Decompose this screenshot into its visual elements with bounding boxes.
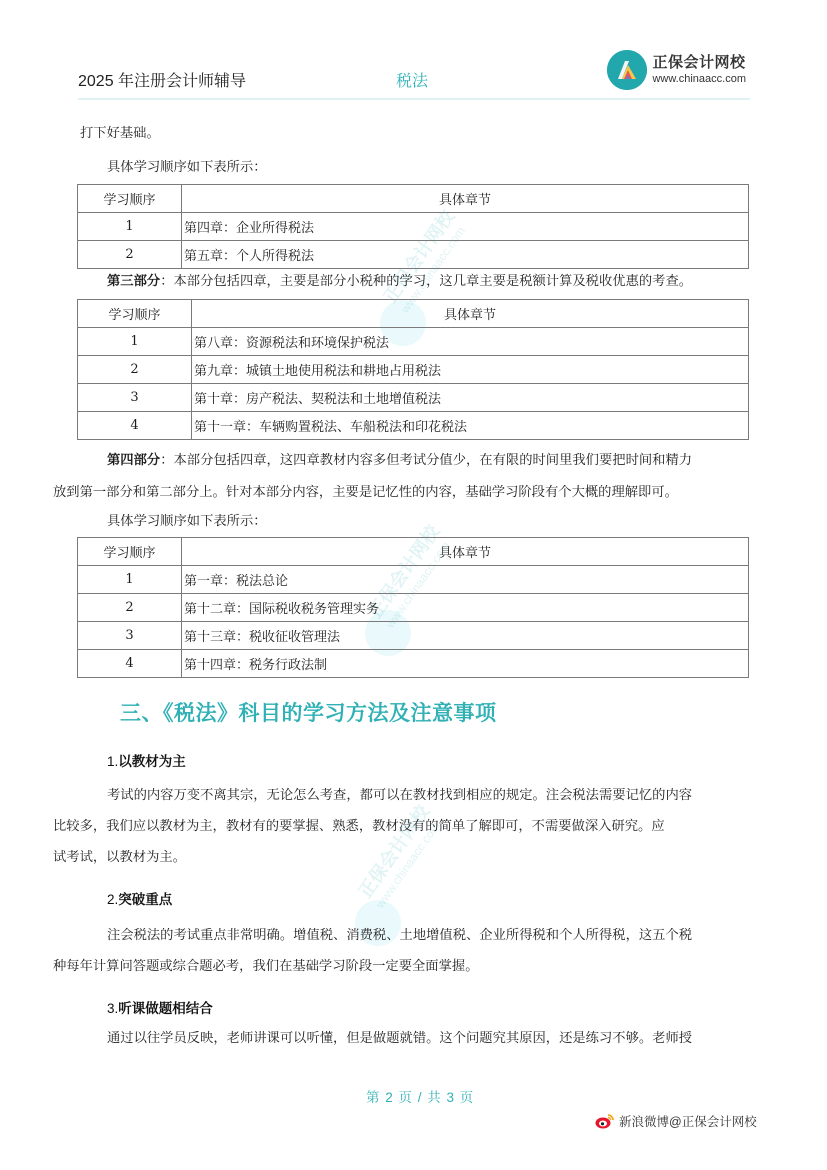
part3-text: ：本部分包括四章，主要是部分小税种的学习，这几章主要是税额计算及税收优惠的考查。	[160, 274, 692, 289]
subheading-1: 1.以教材为主	[107, 750, 186, 770]
subheading-3: 3.听课做题相结合	[107, 997, 213, 1017]
order-cell: 2	[78, 594, 182, 622]
subheading-number: 1.	[107, 754, 118, 769]
sub3-line1: 通过以往学员反映，老师讲课可以听懂，但是做题就错。这个问题究其原因，还是练习不够…	[107, 1031, 692, 1046]
table-row: 2 第十二章：国际税收税务管理实务	[78, 594, 749, 622]
table1-intro: 具体学习顺序如下表所示：	[80, 158, 750, 178]
sub2-paragraph: 注会税法的考试重点非常明确。增值税、消费税、土地增值税、企业所得税和个人所得税，…	[80, 920, 750, 982]
col-header-chapter: 具体章节	[182, 538, 749, 566]
subheading-title: 听课做题相结合	[118, 1001, 213, 1016]
part4-text-line2: 放到第一部分和第二部分上。针对本部分内容，主要是记忆性的内容，基础学习阶段有个大…	[53, 485, 678, 500]
brand-logo: 正保会计网校 www.chinaacc.com	[607, 50, 746, 90]
intro-line: 打下好基础。	[80, 124, 750, 144]
chapter-cell: 第十三章：税收征收管理法	[182, 622, 749, 650]
table-row: 2 第五章：个人所得税法	[78, 241, 749, 269]
chapter-cell: 第八章：资源税法和环境保护税法	[192, 328, 749, 356]
sub3-paragraph: 通过以往学员反映，老师讲课可以听懂，但是做题就错。这个问题究其原因，还是练习不够…	[80, 1029, 750, 1049]
table-row: 2 第九章：城镇土地使用税法和耕地占用税法	[78, 356, 749, 384]
weibo-icon	[595, 1113, 615, 1129]
sub1-line1: 考试的内容万变不离其宗，无论怎么考查，都可以在教材找到相应的规定。注会税法需要记…	[107, 788, 692, 803]
chinaacc-logo-icon	[607, 50, 647, 90]
col-header-order: 学习顺序	[78, 538, 182, 566]
order-cell: 4	[78, 650, 182, 678]
study-order-table-1: 学习顺序 具体章节 1 第四章：企业所得税法 2 第五章：个人所得税法	[77, 184, 749, 269]
chapter-cell: 第十四章：税务行政法制	[182, 650, 749, 678]
order-cell: 1	[78, 213, 182, 241]
table-header-row: 学习顺序 具体章节	[78, 538, 749, 566]
study-order-table-2: 学习顺序 具体章节 1 第八章：资源税法和环境保护税法 2 第九章：城镇土地使用…	[77, 299, 749, 440]
col-header-chapter: 具体章节	[182, 185, 749, 213]
col-header-chapter: 具体章节	[192, 300, 749, 328]
col-header-order: 学习顺序	[78, 300, 192, 328]
chapter-cell: 第五章：个人所得税法	[182, 241, 749, 269]
page-header: 2025 年注册会计师辅导 税法 正保会计网校 www.chinaacc.com	[78, 48, 750, 100]
course-title: 2025 年注册会计师辅导	[78, 68, 246, 91]
sub2-line1: 注会税法的考试重点非常明确。增值税、消费税、土地增值税、企业所得税和个人所得税，…	[107, 928, 692, 943]
chapter-cell: 第四章：企业所得税法	[182, 213, 749, 241]
table-row: 1 第一章：税法总论	[78, 566, 749, 594]
table-row: 1 第四章：企业所得税法	[78, 213, 749, 241]
chapter-cell: 第十一章：车辆购置税法、车船税法和印花税法	[192, 412, 749, 440]
chapter-cell: 第一章：税法总论	[182, 566, 749, 594]
sub2-line2: 种每年计算问答题或综合题必考，我们在基础学习阶段一定要全面掌握。	[53, 959, 479, 974]
subheading-number: 3.	[107, 1001, 118, 1016]
table-header-row: 学习顺序 具体章节	[78, 185, 749, 213]
part4-paragraph: 第四部分：本部分包括四章，这四章教材内容多但考试分值少，在有限的时间里我们要把时…	[80, 445, 750, 509]
chapter-cell: 第十二章：国际税收税务管理实务	[182, 594, 749, 622]
sub1-line2: 比较多，我们应以教材为主，教材有的要掌握、熟悉，教材没有的简单了解即可，不需要做…	[53, 819, 665, 834]
table-row: 3 第十三章：税收征收管理法	[78, 622, 749, 650]
part3-paragraph: 第三部分：本部分包括四章，主要是部分小税种的学习，这几章主要是税额计算及税收优惠…	[80, 272, 750, 292]
sub1-paragraph: 考试的内容万变不离其宗，无论怎么考查，都可以在教材找到相应的规定。注会税法需要记…	[80, 780, 750, 873]
subheading-number: 2.	[107, 892, 118, 907]
table-header-row: 学习顺序 具体章节	[78, 300, 749, 328]
brand-url: www.chinaacc.com	[652, 72, 746, 86]
brand-name: 正保会计网校	[652, 54, 746, 72]
order-cell: 2	[78, 356, 192, 384]
study-order-table-3: 学习顺序 具体章节 1 第一章：税法总论 2 第十二章：国际税收税务管理实务 3…	[77, 537, 749, 678]
subject-title: 税法	[396, 68, 428, 91]
page-indicator: 第 2 页 / 共 3 页	[366, 1086, 474, 1106]
col-header-order: 学习顺序	[78, 185, 182, 213]
subheading-title: 以教材为主	[118, 754, 186, 769]
subheading-title: 突破重点	[118, 892, 172, 907]
chapter-cell: 第十章：房产税法、契税法和土地增值税法	[192, 384, 749, 412]
order-cell: 2	[78, 241, 182, 269]
order-cell: 1	[78, 328, 192, 356]
table3-intro: 具体学习顺序如下表所示：	[80, 512, 750, 532]
order-cell: 3	[78, 622, 182, 650]
table-row: 4 第十四章：税务行政法制	[78, 650, 749, 678]
table-row: 4 第十一章：车辆购置税法、车船税法和印花税法	[78, 412, 749, 440]
table-row: 1 第八章：资源税法和环境保护税法	[78, 328, 749, 356]
sub1-line3: 试考试，以教材为主。	[53, 850, 186, 865]
weibo-text: 新浪微博@正保会计网校	[619, 1112, 757, 1130]
part3-label: 第三部分	[107, 274, 160, 289]
order-cell: 1	[78, 566, 182, 594]
subheading-2: 2.突破重点	[107, 888, 172, 908]
section-heading: 三、《税法》科目的学习方法及注意事项	[120, 697, 497, 727]
chapter-cell: 第九章：城镇土地使用税法和耕地占用税法	[192, 356, 749, 384]
table-row: 3 第十章：房产税法、契税法和土地增值税法	[78, 384, 749, 412]
part4-label: 第四部分	[107, 453, 160, 468]
part4-text-line1: ：本部分包括四章，这四章教材内容多但考试分值少，在有限的时间里我们要把时间和精力	[160, 453, 692, 468]
order-cell: 4	[78, 412, 192, 440]
weibo-credit: 新浪微博@正保会计网校	[595, 1112, 757, 1130]
order-cell: 3	[78, 384, 192, 412]
